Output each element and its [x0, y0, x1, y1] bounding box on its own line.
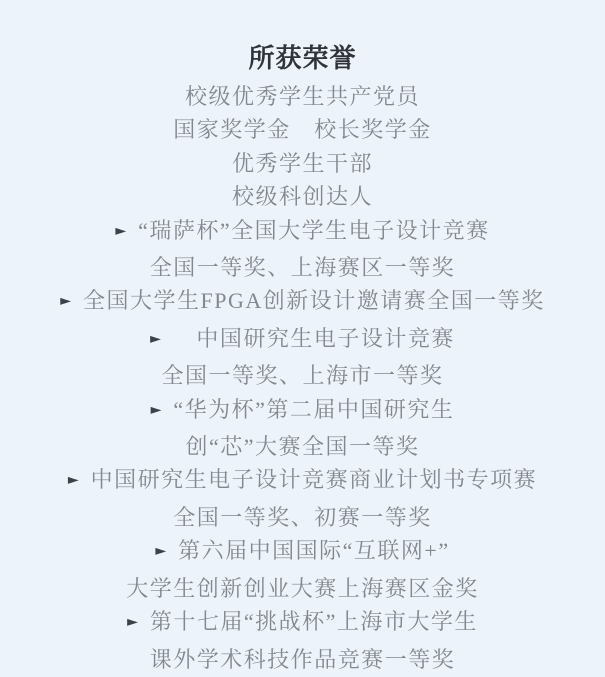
- honor-text: 创“芯”大赛全国一等奖: [185, 434, 419, 459]
- section-title: 所获荣誉: [0, 42, 605, 74]
- bullet-icon: ►: [155, 535, 166, 568]
- honor-text: 大学生创新创业大赛上海赛区金奖: [126, 576, 479, 601]
- honor-line: 校级科创达人: [0, 180, 605, 213]
- honor-text: 中国研究生电子设计竞赛: [173, 326, 455, 351]
- honor-line: 校级优秀学生共产党员: [0, 80, 605, 113]
- honor-line: 课外学术科技作品竞赛一等奖: [0, 643, 605, 676]
- honor-line: 全国一等奖、初赛一等奖: [0, 501, 605, 534]
- honor-line: ►全国大学生FPGA创新设计邀请赛全国一等奖: [0, 284, 605, 321]
- honor-line: 全国一等奖、上海赛区一等奖: [0, 251, 605, 284]
- honor-text: 国家奖学金 校长奖学金: [173, 117, 432, 142]
- honor-line: ►“瑞萨杯”全国大学生电子设计竞赛: [0, 214, 605, 251]
- bullet-icon: ►: [68, 464, 79, 497]
- bullet-icon: ►: [115, 215, 126, 248]
- honor-text: 第六届中国国际“互联网+”: [178, 538, 449, 563]
- honor-line: ► 中国研究生电子设计竞赛: [0, 322, 605, 359]
- bullet-icon: ►: [150, 323, 161, 356]
- honor-line: ►中国研究生电子设计竞赛商业计划书专项赛: [0, 463, 605, 500]
- honor-line: ►第六届中国国际“互联网+”: [0, 534, 605, 571]
- honor-text: 全国大学生FPGA创新设计邀请赛全国一等奖: [83, 288, 545, 313]
- honor-line: 创“芯”大赛全国一等奖: [0, 430, 605, 463]
- honor-line: ►“华为杯”第二届中国研究生: [0, 393, 605, 430]
- honor-text: 优秀学生干部: [232, 151, 373, 176]
- honor-text: 第十七届“挑战杯”上海市大学生: [150, 609, 478, 634]
- honor-text: 全国一等奖、初赛一等奖: [173, 505, 432, 530]
- honor-text: 全国一等奖、上海市一等奖: [161, 363, 443, 388]
- bullet-icon: ►: [151, 394, 162, 427]
- honor-line: 优秀学生干部: [0, 147, 605, 180]
- honor-text: 校级优秀学生共产党员: [185, 84, 420, 109]
- honor-line: 全国一等奖、上海市一等奖: [0, 359, 605, 392]
- honor-text: 校级科创达人: [232, 184, 373, 209]
- honor-line: 大学生创新创业大赛上海赛区金奖: [0, 572, 605, 605]
- honor-text: 全国一等奖、上海赛区一等奖: [150, 255, 456, 280]
- bullet-icon: ►: [127, 606, 138, 639]
- honors-section: 所获荣誉 校级优秀学生共产党员 国家奖学金 校长奖学金 优秀学生干部 校级科创达…: [0, 0, 605, 677]
- honor-line: ►第十七届“挑战杯”上海市大学生: [0, 605, 605, 642]
- honor-text: 中国研究生电子设计竞赛商业计划书专项赛: [91, 467, 538, 492]
- honor-line: 国家奖学金 校长奖学金: [0, 113, 605, 146]
- honor-text: “华为杯”第二届中国研究生: [173, 397, 454, 422]
- honor-text: “瑞萨杯”全国大学生电子设计竞赛: [138, 218, 490, 243]
- bullet-icon: ►: [60, 285, 71, 318]
- honor-text: 课外学术科技作品竞赛一等奖: [150, 647, 456, 672]
